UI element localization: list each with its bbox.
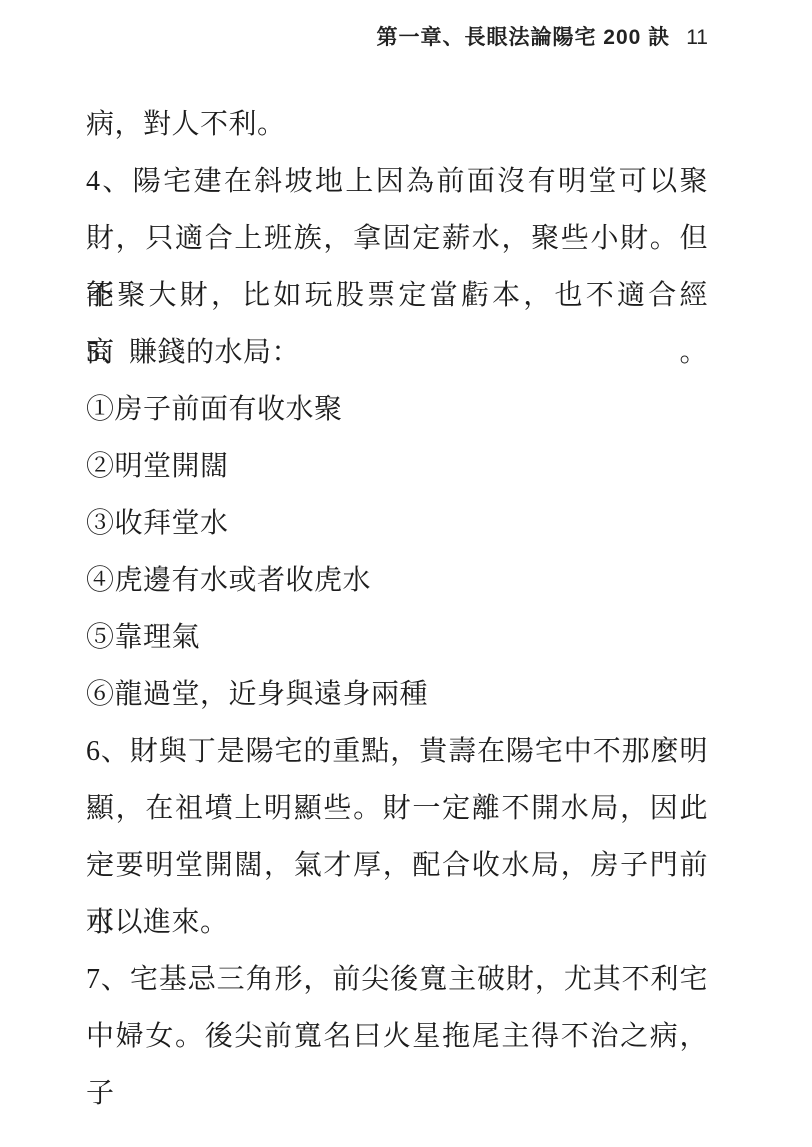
page-number: 11 <box>686 26 708 49</box>
text-line: ⑤靠理氣 <box>86 609 708 666</box>
text-line: 可以進來。 <box>86 894 708 951</box>
text-line: 中婦女。後尖前寬名曰火星拖尾主得不治之病，子 <box>86 1008 708 1065</box>
text-line: ③收拜堂水 <box>86 495 708 552</box>
body-text: 病，對人不利。 4、陽宅建在斜坡地上因為前面沒有明堂可以聚 財，只適合上班族，拿… <box>86 96 708 1065</box>
text-line: 能聚大財，比如玩股票定當虧本，也不適合經商。 <box>86 267 708 324</box>
text-line: 定要明堂開闊，氣才厚，配合收水局，房子門前水 <box>86 837 708 894</box>
text-line: ②明堂開闊 <box>86 438 708 495</box>
text-line: ④虎邊有水或者收虎水 <box>86 552 708 609</box>
text-line: ①房子前面有收水聚 <box>86 381 708 438</box>
text-line: 顯，在祖墳上明顯些。財一定離不開水局，因此一 <box>86 780 708 837</box>
text-line: 財，只適合上班族，拿固定薪水，聚些小財。但不 <box>86 210 708 267</box>
text-line: 病，對人不利。 <box>86 96 708 153</box>
text-line: 4、陽宅建在斜坡地上因為前面沒有明堂可以聚 <box>86 153 708 210</box>
text-line: ⑥龍過堂，近身與遠身兩種 <box>86 666 708 723</box>
book-page: 第一章、長眼法論陽宅 200 訣11 病，對人不利。 4、陽宅建在斜坡地上因為前… <box>0 0 812 1147</box>
text-line: 6、財與丁是陽宅的重點，貴壽在陽宅中不那麼明 <box>86 723 708 780</box>
chapter-title: 第一章、長眼法論陽宅 200 訣 <box>376 26 670 49</box>
text-line: 7、宅基忌三角形，前尖後寬主破財，尤其不利宅 <box>86 951 708 1008</box>
running-header: 第一章、長眼法論陽宅 200 訣11 <box>86 24 708 52</box>
